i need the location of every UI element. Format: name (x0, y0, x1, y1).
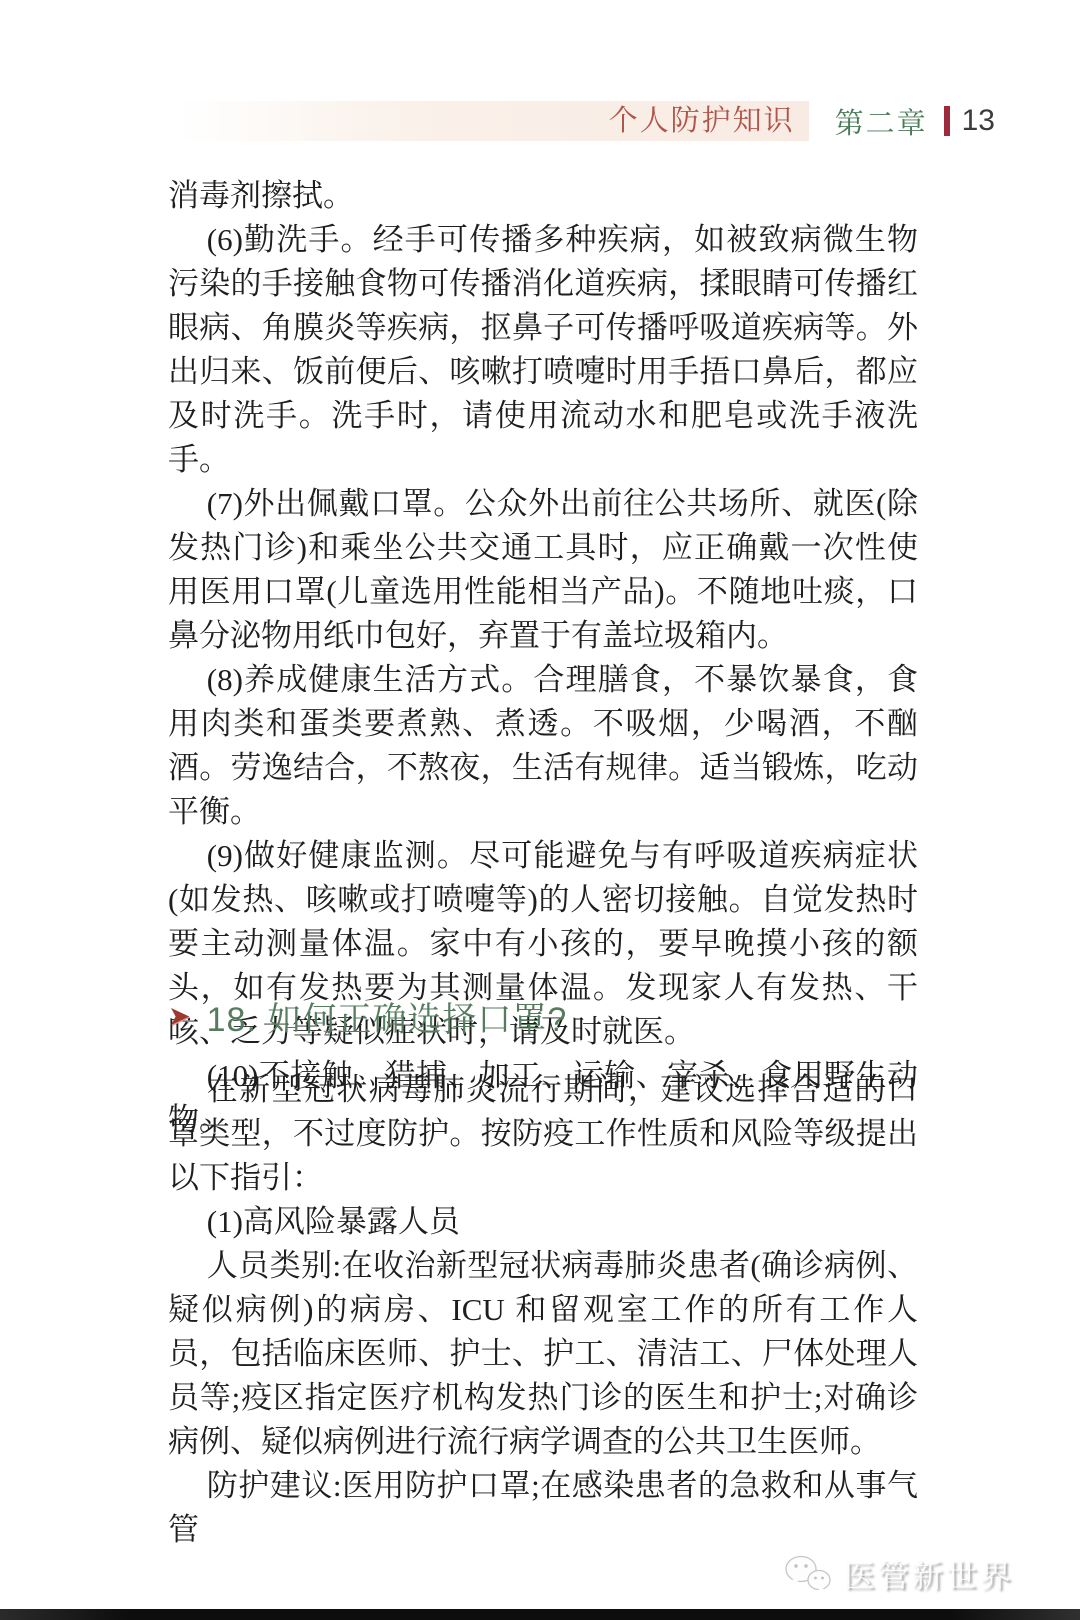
header-chapter-label: 第二章 (835, 101, 928, 142)
wechat-bubbles-icon (782, 1552, 834, 1596)
paragraph-item-7: (7)外出佩戴口罩。公众外出前往公共场所、就医(除发热门诊)和乘坐公共交通工具时… (168, 482, 918, 658)
paragraph-personnel-category: 人员类别:在收治新型冠状病毒肺炎患者(确诊病例、疑似病例)的病房、ICU 和留观… (168, 1244, 918, 1464)
paragraph-protection-advice: 防护建议:医用防护口罩;在感染患者的急救和从事气管 (168, 1464, 918, 1552)
paragraph-intro: 在新型冠状病毒肺炎流行期间，建议选择合适的口罩类型，不过度防护。按防疫工作性质和… (168, 1068, 918, 1200)
article-block-2: 在新型冠状病毒肺炎流行期间，建议选择合适的口罩类型，不过度防护。按防疫工作性质和… (168, 1068, 918, 1552)
arrow-right-icon: ➤ (168, 1003, 191, 1030)
watermark: 医管新世界 (782, 1551, 1014, 1596)
section-heading-title: 18. 如何正确选择口罩? (207, 992, 568, 1041)
page-header: 个人防护知识 第二章 13 (180, 100, 995, 142)
paragraph-high-risk-title: (1)高风险暴露人员 (168, 1200, 918, 1244)
section-heading-18: ➤ 18. 如何正确选择口罩? (168, 992, 918, 1041)
header-section-title: 个人防护知识 (180, 101, 809, 141)
paragraph-continuation: 消毒剂擦拭。 (168, 174, 918, 218)
paragraph-item-8: (8)养成健康生活方式。合理膳食，不暴饮暴食，食用肉类和蛋类要煮熟、煮透。不吸烟… (168, 658, 918, 834)
watermark-text: 医管新世界 (844, 1551, 1014, 1596)
book-page: 个人防护知识 第二章 13 消毒剂擦拭。 (6)勤洗手。经手可传播多种疾病，如被… (0, 0, 1080, 1620)
header-divider (944, 106, 950, 136)
paragraph-item-6: (6)勤洗手。经手可传播多种疾病，如被致病微生物污染的手接触食物可传播消化道疾病… (168, 218, 918, 482)
bottom-bar (0, 1609, 1080, 1620)
header-page-number: 13 (962, 104, 995, 138)
